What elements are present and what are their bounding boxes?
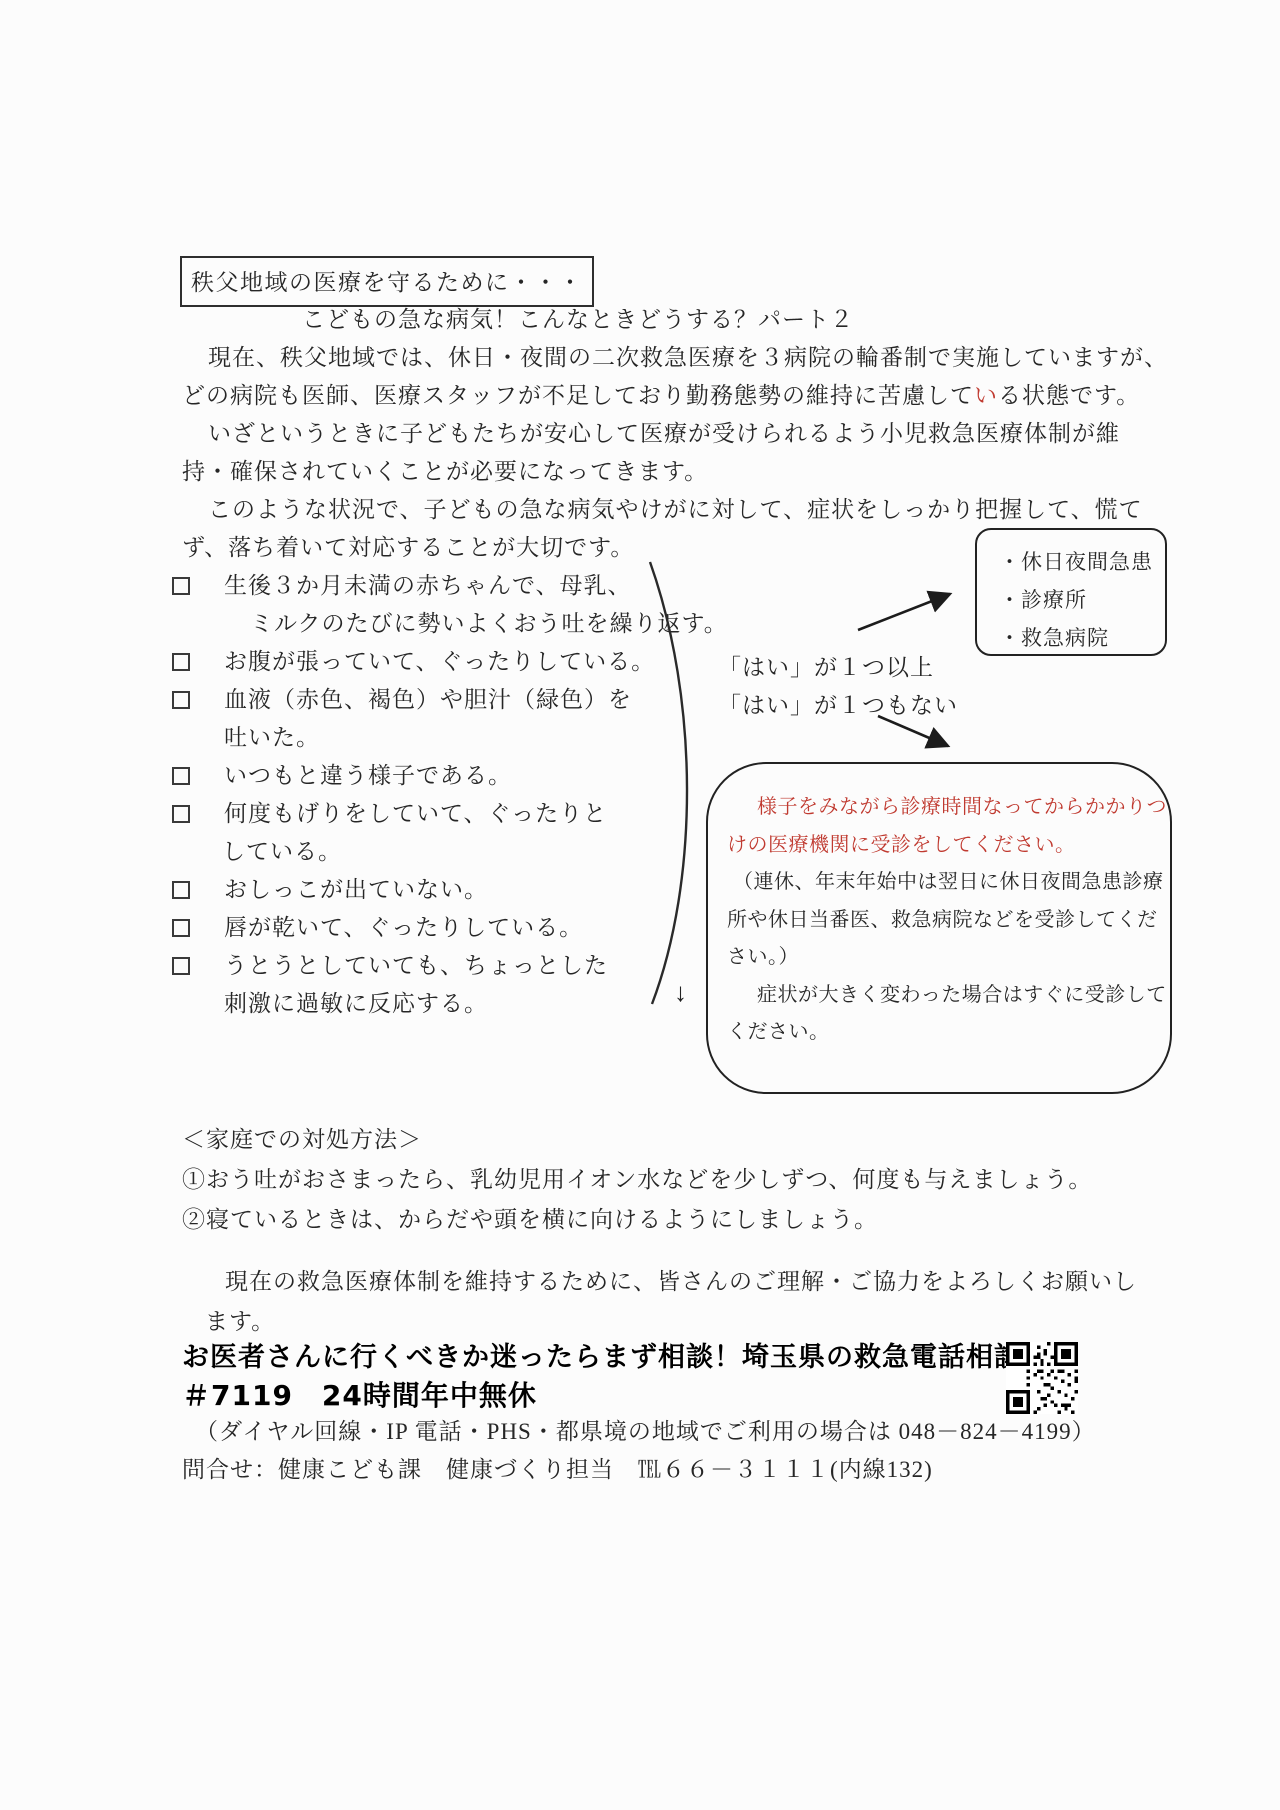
advice-line: ください。 bbox=[727, 1015, 830, 1044]
arrow-to-advice-bubble bbox=[878, 716, 948, 746]
closing-line: 現在の救急医療体制を維持するために、皆さんのご理解・ご協力をよろしくお願いし bbox=[225, 1268, 1137, 1296]
checklist-row: 血液（赤色、褐色）や胆汁（緑色）を bbox=[172, 686, 632, 714]
checklist-text: お腹が張っていて、ぐったりしている。 bbox=[224, 649, 655, 674]
qr-code bbox=[1006, 1342, 1078, 1414]
checklist-row: 唇が乾いて、ぐったりしている。 bbox=[172, 914, 583, 942]
advice-line-red: けの医療機関に受診をしてください。 bbox=[727, 828, 1076, 857]
intro-line: いざというときに子どもたちが安心して医療が受けられるよう小児救急医療体制が維 bbox=[208, 420, 1120, 448]
referral-item: ・休日夜間急患 bbox=[999, 543, 1165, 581]
arrow-to-referral-box bbox=[858, 594, 950, 630]
intro-text-post: る状態です。 bbox=[998, 383, 1140, 408]
decision-label-yes-some: 「はい」が１つ以上 bbox=[718, 654, 934, 682]
consult-headline: お医者さんに行くべきか迷ったらまず相談！埼玉県の救急電話相談 bbox=[182, 1342, 1022, 1374]
home-care-step: ②寝ているときは、からだや頭を横に向けるようにしましょう。 bbox=[182, 1206, 878, 1234]
checklist-text: いつもと違う様子である。 bbox=[224, 763, 512, 788]
checklist-row: うとうとしていても、ちょっとした bbox=[172, 952, 608, 980]
consult-number: ＃7119 24時間年中無休 bbox=[182, 1379, 537, 1413]
intro-text-pre: どの病院も医師、医療スタッフが不足しており勤務態勢の維持に苦慮して bbox=[182, 383, 974, 408]
advice-line: （連休、年末年始中は翌日に休日夜間急患診療 bbox=[733, 865, 1164, 894]
referral-item: ・診療所 bbox=[999, 581, 1165, 619]
checklist-text: 唇が乾いて、ぐったりしている。 bbox=[224, 915, 583, 940]
checkbox-icon bbox=[172, 881, 190, 899]
checklist-row: おしっこが出ていない。 bbox=[172, 876, 488, 904]
intro-line: 現在、秩父地域では、休日・夜間の二次救急医療を３病院の輪番制で実施していますが、 bbox=[208, 344, 1168, 372]
home-care-heading: ＜家庭での対処方法＞ bbox=[182, 1126, 422, 1154]
home-care-step: ①おう吐がおさまったら、乳幼児用イオン水などを少しずつ、何度も与えましょう。 bbox=[182, 1166, 1092, 1194]
checklist-wrap-line: している。 bbox=[222, 838, 342, 866]
checkbox-icon bbox=[172, 577, 190, 595]
intro-line: 持・確保されていくことが必要になってきます。 bbox=[182, 458, 708, 486]
down-arrow-icon: ↓ bbox=[674, 978, 687, 1008]
closing-line: ます。 bbox=[205, 1308, 275, 1336]
advice-line-red: 様子をみながら診療時間なってからかかりつ bbox=[757, 790, 1167, 819]
checklist-text: 何度もげりをしていて、ぐったりと bbox=[224, 801, 607, 826]
decision-label-yes-none: 「はい」が１つもない bbox=[718, 692, 958, 720]
checklist-text: うとうとしていても、ちょっとした bbox=[224, 953, 608, 978]
checkbox-icon bbox=[172, 691, 190, 709]
advice-line: 症状が大きく変わった場合はすぐに受診して bbox=[757, 978, 1167, 1007]
referral-box: ・休日夜間急患 ・診療所 ・救急病院 bbox=[975, 528, 1167, 656]
checkbox-icon bbox=[172, 653, 190, 671]
checklist-row: 何度もげりをしていて、ぐったりと bbox=[172, 800, 607, 828]
consult-phone-note: （ダイヤル回線・IP 電話・PHS・都県境の地域でご利用の場合は 048－824… bbox=[195, 1418, 1096, 1446]
advice-line: さい。） bbox=[727, 940, 799, 969]
checkbox-icon bbox=[172, 767, 190, 785]
intro-line: ず、落ち着いて対応することが大切です。 bbox=[182, 534, 634, 562]
intro-text-red: い bbox=[974, 383, 998, 408]
consult-contact: 問合せ：健康こども課 健康づくり担当 ℡６６－３１１１(内線132) bbox=[182, 1456, 933, 1484]
checkbox-icon bbox=[172, 957, 190, 975]
checklist-row: 生後３か月未満の赤ちゃんで、母乳、 bbox=[172, 572, 632, 600]
checkbox-icon bbox=[172, 919, 190, 937]
checklist-wrap-line: 刺激に過敏に反応する。 bbox=[224, 990, 488, 1018]
page-title: 秩父地域の医療を守るために・・・ bbox=[180, 256, 594, 307]
page-subtitle: こどもの急な病気！こんなときどうする？パート２ bbox=[302, 306, 854, 334]
checklist-text: 血液（赤色、褐色）や胆汁（緑色）を bbox=[224, 687, 632, 712]
checklist-row: いつもと違う様子である。 bbox=[172, 762, 512, 790]
checklist-wrap-line: ミルクのたびに勢いよくおう吐を繰り返す。 bbox=[250, 610, 728, 638]
intro-line: どの病院も医師、医療スタッフが不足しており勤務態勢の維持に苦慮している状態です。 bbox=[182, 382, 1140, 410]
checklist-wrap-line: 吐いた。 bbox=[224, 724, 320, 752]
document-page: 秩父地域の医療を守るために・・・ こどもの急な病気！こんなときどうする？パート２… bbox=[0, 0, 1280, 1810]
checkbox-icon bbox=[172, 805, 190, 823]
checklist-text: おしっこが出ていない。 bbox=[224, 877, 488, 902]
checklist-text: 生後３か月未満の赤ちゃんで、母乳、 bbox=[224, 573, 632, 598]
checklist-row: お腹が張っていて、ぐったりしている。 bbox=[172, 648, 655, 676]
intro-line: このような状況で、子どもの急な病気やけがに対して、症状をしっかり把握して、慌て bbox=[208, 496, 1143, 524]
referral-item: ・救急病院 bbox=[999, 619, 1165, 657]
advice-line: 所や休日当番医、救急病院などを受診してくだ bbox=[727, 903, 1158, 932]
